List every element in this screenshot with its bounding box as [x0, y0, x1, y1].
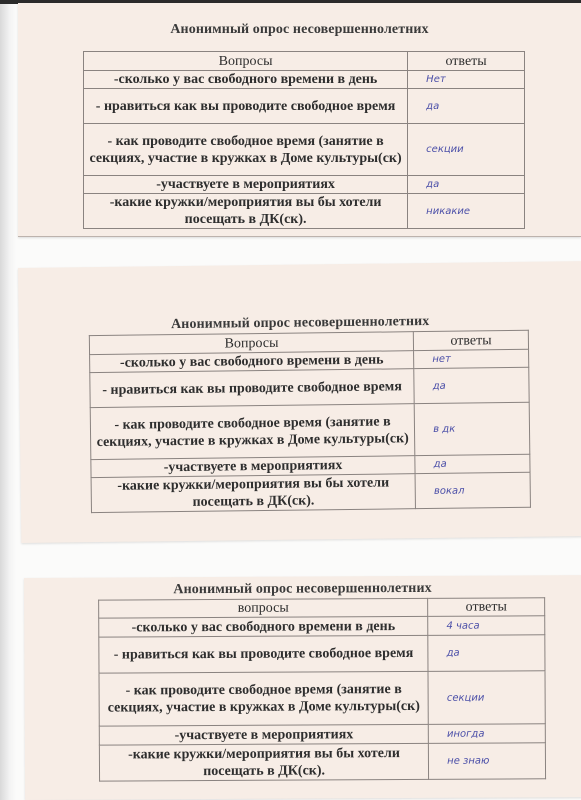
- survey-table: Вопросы ответы -сколько у вас свободного…: [89, 330, 531, 513]
- table-row: -участвуете в мероприятиях иногда: [99, 724, 545, 745]
- question-cell: -какие кружки/мероприятия вы бы хотели п…: [84, 194, 408, 229]
- table-row: -сколько у вас свободного времени в день…: [99, 616, 545, 637]
- table-row: -какие кружки/мероприятия вы бы хотели п…: [91, 472, 530, 512]
- answers-header: ответы: [408, 52, 525, 71]
- answers-header: ответы: [414, 330, 529, 350]
- table-row: -какие кружки/мероприятия вы бы хотели п…: [84, 194, 525, 229]
- answer-cell: да: [414, 367, 529, 403]
- answer-cell: никакие: [408, 194, 525, 229]
- question-cell: -какие кружки/мероприятия вы бы хотели п…: [91, 474, 416, 513]
- survey-table: вопросы ответы -сколько у вас свободного…: [98, 597, 546, 781]
- answer-cell: да: [408, 89, 525, 124]
- answer-cell: секции: [428, 671, 545, 725]
- question-cell: - нравиться как вы проводите свободное в…: [90, 369, 415, 408]
- form-title: Анонимный опрос несовершеннолетних: [24, 580, 581, 599]
- table-header-row: Вопросы ответы: [84, 52, 525, 71]
- table-row: - как проводите свободное время (занятие…: [84, 124, 525, 176]
- answers-header: ответы: [428, 598, 545, 617]
- answer-cell: да: [428, 635, 545, 672]
- questions-header: вопросы: [99, 598, 428, 618]
- question-cell: -сколько у вас свободного времени в день: [84, 71, 408, 89]
- question-cell: - нравиться как вы проводите свободное в…: [84, 89, 408, 124]
- table-row: - нравиться как вы проводите свободное в…: [84, 89, 525, 124]
- table-row: -какие кружки/мероприятия вы бы хотели п…: [99, 743, 545, 781]
- form-title: Анонимный опрос несовершеннолетних: [18, 22, 581, 38]
- question-cell: - как проводите свободное время (занятие…: [90, 404, 415, 460]
- scan-edge: [0, 0, 16, 800]
- table-row: - нравиться как вы проводите свободное в…: [90, 367, 529, 407]
- table-row: - как проводите свободное время (занятие…: [90, 402, 530, 459]
- answer-cell: иногда: [428, 724, 545, 744]
- survey-form-1: Анонимный опрос несовершеннолетних Вопро…: [18, 3, 581, 237]
- answer-cell: нет: [414, 349, 529, 368]
- answer-cell: не знаю: [429, 743, 546, 780]
- answer-cell: да: [415, 454, 530, 473]
- table-row: - нравиться как вы проводите свободное в…: [99, 635, 545, 673]
- answer-cell: да: [408, 176, 525, 194]
- answer-cell: вокал: [415, 472, 530, 508]
- answer-cell: Нет: [408, 71, 525, 89]
- question-cell: - как проводите свободное время (занятие…: [99, 671, 428, 726]
- table-header-row: вопросы ответы: [99, 598, 545, 618]
- questions-header: Вопросы: [84, 52, 408, 71]
- question-cell: -участвуете в мероприятиях: [84, 176, 408, 194]
- question-cell: -сколько у вас свободного времени в день: [99, 616, 428, 637]
- survey-form-3: Анонимный опрос несовершеннолетних вопро…: [24, 575, 581, 800]
- table-row: -сколько у вас свободного времени в день…: [84, 71, 525, 89]
- answer-cell: 4 часа: [428, 616, 545, 636]
- question-cell: - как проводите свободное время (занятие…: [84, 124, 408, 176]
- answer-cell: секции: [408, 124, 525, 176]
- table-row: -участвуете в мероприятиях да: [84, 176, 525, 194]
- question-cell: -участвуете в мероприятиях: [99, 724, 428, 745]
- answer-cell: в дк: [414, 402, 529, 455]
- table-row: - как проводите свободное время (занятие…: [99, 671, 545, 726]
- question-cell: -какие кружки/мероприятия вы бы хотели п…: [99, 743, 428, 781]
- survey-table: Вопросы ответы -сколько у вас свободного…: [83, 51, 525, 229]
- survey-form-2: Анонимный опрос несовершеннолетних Вопро…: [18, 261, 581, 543]
- question-cell: - нравиться как вы проводите свободное в…: [99, 635, 428, 673]
